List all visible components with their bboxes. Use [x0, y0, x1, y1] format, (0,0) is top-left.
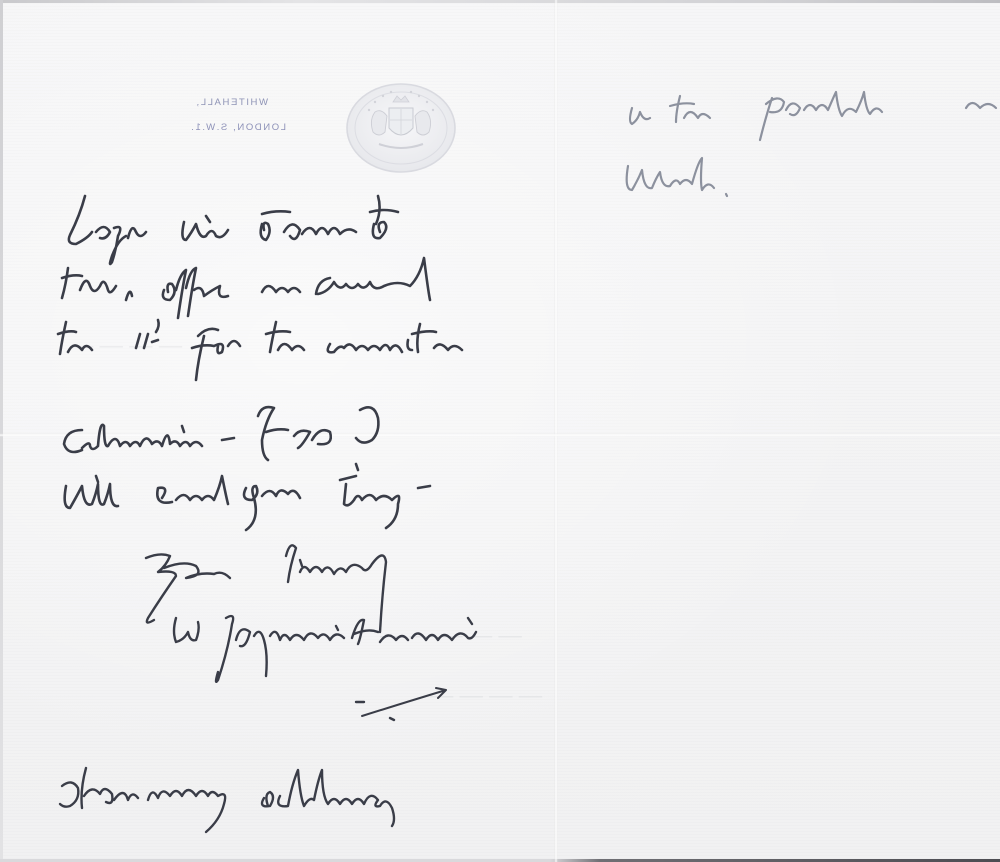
handwriting-right-page: [627, 92, 996, 196]
handwriting-line-3: [58, 320, 462, 380]
handwriting-line-2: [62, 258, 430, 318]
letter-sheet: — — — — — — — — — — — — — WHITEHALL, LON…: [0, 0, 1000, 862]
handwriting-line-1: [69, 196, 398, 264]
handwriting-closing: [146, 545, 386, 632]
handwriting-ink-layer: [0, 0, 1000, 862]
handwriting-postscript: [60, 768, 394, 832]
handwriting-line-4: [64, 407, 378, 460]
handwriting-line-5: [65, 464, 430, 530]
handwriting-signature: [174, 616, 476, 720]
